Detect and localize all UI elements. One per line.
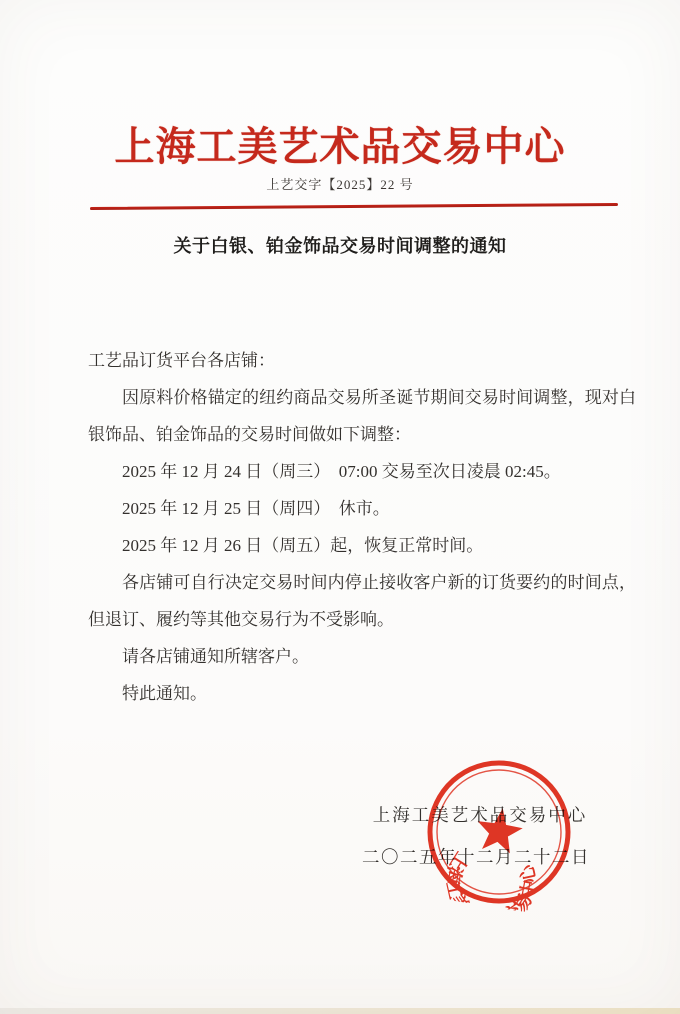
photo-edge (0, 1008, 680, 1014)
official-seal: 上海工美艺术品交易中心 (413, 746, 585, 918)
letterhead-org-title: 上海工美艺术品交易中心 (0, 122, 680, 172)
paragraph-schedule-dec26: 2025 年 12 月 26 日（周五）起，恢复正常时间。 (88, 527, 636, 564)
letterhead-divider (90, 203, 618, 210)
seal-outer-ring (420, 753, 578, 911)
notice-title: 关于白银、铂金饰品交易时间调整的通知 (0, 233, 680, 259)
paragraph-schedule-dec25: 2025 年 12 月 25 日（周四） 休市。 (88, 490, 636, 527)
document-page: 上海工美艺术品交易中心 上艺交字【2025】22 号 关于白银、铂金饰品交易时间… (0, 0, 680, 1014)
paragraph-closing: 特此通知。 (88, 675, 636, 712)
doc-number: 上艺交字【2025】22 号 (0, 176, 680, 194)
paragraph-schedule-dec24: 2025 年 12 月 24 日（周三） 07:00 交易至次日凌晨 02:45… (88, 453, 636, 490)
salutation: 工艺品订货平台各店铺： (88, 342, 636, 379)
paragraph-shop-policy: 各店铺可自行决定交易时间内停止接收客户新的订货要约的时间点，但退订、履约等其他交… (88, 564, 636, 638)
seal-inner-ring (428, 761, 570, 903)
notice-body: 工艺品订货平台各店铺： 因原料价格锚定的纽约商品交易所圣诞节期间交易时间调整，现… (88, 342, 636, 712)
paragraph-notify-clients: 请各店铺通知所辖客户。 (88, 638, 636, 675)
signature-org: 上海工美艺术品交易中心 (300, 803, 660, 827)
paragraph-reason: 因原料价格锚定的纽约商品交易所圣诞节期间交易时间调整，现对白银饰品、铂金饰品的交… (88, 379, 636, 453)
signature-date: 二〇二五年十二月二十二日 (296, 845, 656, 869)
